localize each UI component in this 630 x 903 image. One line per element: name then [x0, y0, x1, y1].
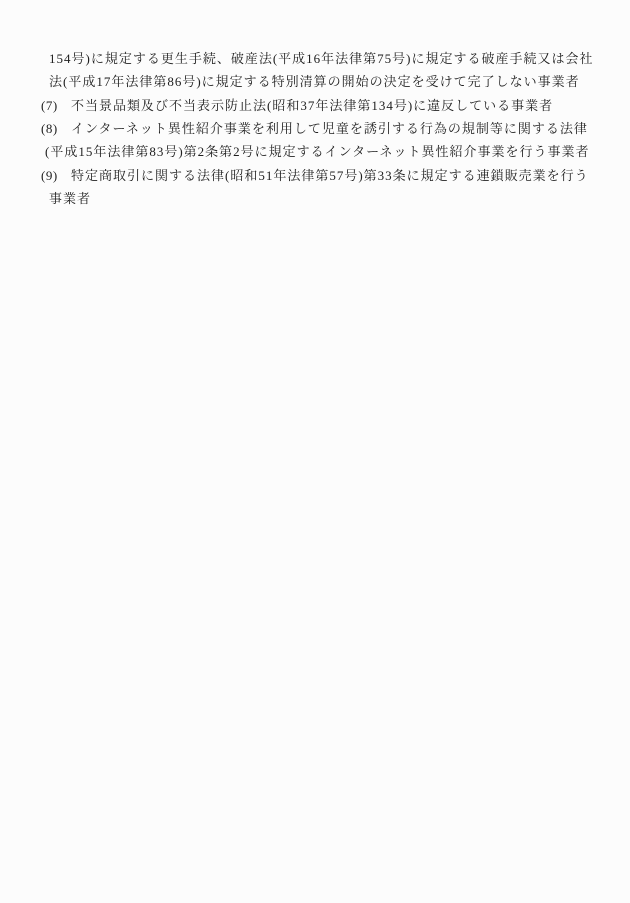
document-line: 法(平成17年法律第86号)に規定する特別清算の開始の決定を受けて完了しない事業… — [0, 70, 630, 93]
document-line: (平成15年法律第83号)第2条第2号に規定するインターネット異性紹介事業を行う… — [0, 140, 630, 163]
line-text: (平成15年法律第83号)第2条第2号に規定するインターネット異性紹介事業を行う… — [45, 144, 590, 159]
line-text: インターネット異性紹介事業を利用して児童を誘引する行為の規制等に関する法律 — [71, 121, 588, 136]
line-text: 事業者 — [49, 191, 91, 206]
text-block: 154号)に規定する更生手続、破産法(平成16年法律第75号)に規定する破産手続… — [0, 47, 630, 210]
document-line: 154号)に規定する更生手続、破産法(平成16年法律第75号)に規定する破産手続… — [0, 47, 630, 70]
document-line: (7)不当景品類及び不当表示防止法(昭和37年法律第134号)に違反している事業… — [0, 94, 630, 117]
line-text: 法(平成17年法律第86号)に規定する特別清算の開始の決定を受けて完了しない事業… — [49, 74, 580, 89]
document-page: 154号)に規定する更生手続、破産法(平成16年法律第75号)に規定する破産手続… — [0, 0, 630, 903]
document-line: 事業者 — [0, 187, 630, 210]
item-number: (7) — [41, 94, 71, 117]
line-text: 不当景品類及び不当表示防止法(昭和37年法律第134号)に違反している事業者 — [71, 98, 553, 113]
document-line: (8)インターネット異性紹介事業を利用して児童を誘引する行為の規制等に関する法律 — [0, 117, 630, 140]
document-line: (9)特定商取引に関する法律(昭和51年法律第57号)第33条に規定する連鎖販売… — [0, 164, 630, 187]
item-number: (9) — [41, 164, 71, 187]
item-number: (8) — [41, 117, 71, 140]
line-text: 特定商取引に関する法律(昭和51年法律第57号)第33条に規定する連鎖販売業を行… — [71, 168, 589, 183]
line-text: 154号)に規定する更生手続、破産法(平成16年法律第75号)に規定する破産手続… — [49, 51, 594, 66]
